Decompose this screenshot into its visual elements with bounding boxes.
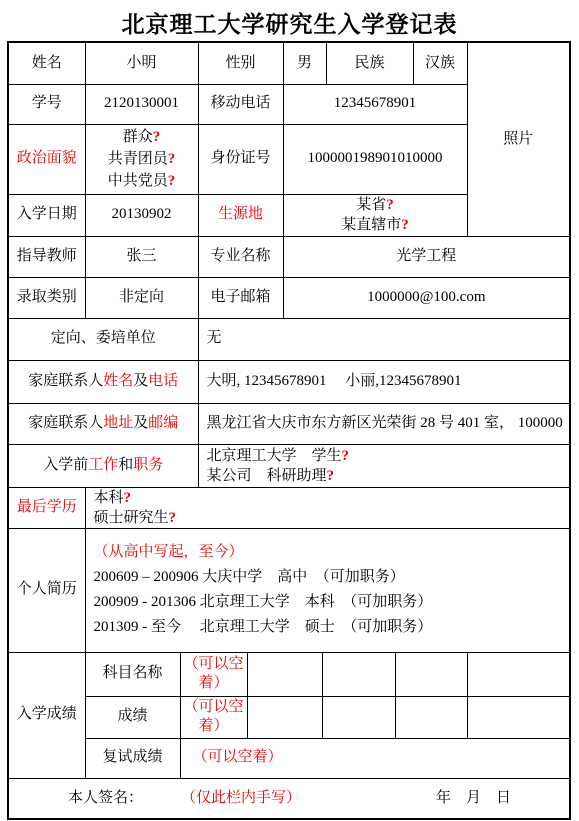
family-contact-name-label: 家庭联系人姓名及电话 bbox=[8, 360, 198, 403]
degree-option: 本科? bbox=[94, 488, 570, 508]
row-admission-type: 录取类别 非定向 电子邮箱 1000000@100.com bbox=[8, 277, 570, 318]
signature-label: 本人签名： bbox=[68, 789, 143, 809]
row-resume: 个人简历 （从高中写起，至今） 200609 – 200906 大庆中学 高中 … bbox=[8, 528, 570, 652]
family-contact-name-value: 大明, 12345678901 小丽,12345678901 bbox=[198, 360, 570, 403]
enroll-date-value: 20130902 bbox=[85, 194, 198, 236]
gender-label: 性别 bbox=[198, 42, 283, 84]
score-hint: （可以空着） bbox=[180, 696, 247, 738]
resume-hint: （从高中写起，至今） bbox=[94, 540, 570, 565]
registration-table: 姓名 小明 性别 男 民族 汉族 照片 学号 2120130001 移动电话 1… bbox=[7, 41, 571, 820]
last-degree-label: 最后学历 bbox=[8, 487, 85, 528]
political-option: 共青团员? bbox=[86, 148, 198, 170]
question-mark: ? bbox=[401, 217, 409, 233]
subject-empty-cell-3 bbox=[395, 652, 467, 696]
question-mark: ? bbox=[169, 510, 177, 526]
student-id-value: 2120130001 bbox=[85, 84, 198, 124]
question-mark: ? bbox=[386, 197, 394, 213]
major-value: 光学工程 bbox=[283, 236, 570, 277]
subject-empty-cell-2 bbox=[322, 652, 395, 696]
resume-line: 201309 - 至今 北京理工大学 硕士 （可加职务） bbox=[94, 615, 570, 640]
email-value: 1000000@100.com bbox=[283, 277, 570, 318]
admission-scores-label: 入学成绩 bbox=[8, 652, 85, 778]
ethnic-value: 汉族 bbox=[413, 42, 467, 84]
advisor-label: 指导教师 bbox=[8, 236, 85, 277]
row-sponsor-unit: 定向、委培单位 无 bbox=[8, 318, 570, 360]
photo-cell: 照片 bbox=[467, 42, 570, 236]
sponsor-unit-label: 定向、委培单位 bbox=[8, 318, 198, 360]
row-name: 姓名 小明 性别 男 民族 汉族 照片 bbox=[8, 42, 570, 84]
subject-empty-cell-4 bbox=[467, 652, 570, 696]
major-label: 专业名称 bbox=[198, 236, 283, 277]
score-empty-cell-2 bbox=[322, 696, 395, 738]
question-mark: ? bbox=[153, 129, 161, 145]
origin-value: 某省? 某直辖市? bbox=[283, 194, 467, 236]
sponsor-unit-value: 无 bbox=[198, 318, 570, 360]
subject-hint: （可以空着） bbox=[180, 652, 247, 696]
row-last-degree: 最后学历 本科? 硕士研究生? bbox=[8, 487, 570, 528]
last-degree-value: 本科? 硕士研究生? bbox=[85, 487, 570, 528]
mobile-value: 12345678901 bbox=[283, 84, 467, 124]
resume-content: （从高中写起，至今） 200609 – 200906 大庆中学 高中 （可加职务… bbox=[85, 528, 570, 652]
work-line: 某公司 科研助理? bbox=[207, 466, 570, 486]
signature-date: 年 月 日 bbox=[436, 789, 511, 809]
score-empty-cell-4 bbox=[467, 696, 570, 738]
row-signature: 本人签名： （仅此栏内手写） 年 月 日 bbox=[8, 778, 570, 819]
score-empty-cell-3 bbox=[395, 696, 467, 738]
row-score-subjects: 入学成绩 科目名称 （可以空着） bbox=[8, 652, 570, 696]
degree-option: 硕士研究生? bbox=[94, 508, 570, 528]
advisor-value: 张三 bbox=[85, 236, 198, 277]
political-label: 政治面貌 bbox=[8, 124, 85, 194]
row-advisor: 指导教师 张三 专业名称 光学工程 bbox=[8, 236, 570, 277]
subject-empty-cell-1 bbox=[247, 652, 322, 696]
row-family-contact-name: 家庭联系人姓名及电话 大明, 12345678901 小丽,1234567890… bbox=[8, 360, 570, 403]
registration-form-page: 北京理工大学研究生入学登记表 姓名 小明 性别 男 民族 汉族 照片 学号 21… bbox=[0, 0, 579, 821]
family-contact-address-value: 黑龙江省大庆市东方新区光荣街 28 号 401 室， 100000 bbox=[198, 403, 570, 444]
political-option: 中共党员? bbox=[86, 170, 198, 192]
enroll-date-label: 入学日期 bbox=[8, 194, 85, 236]
mobile-label: 移动电话 bbox=[198, 84, 283, 124]
gender-value: 男 bbox=[283, 42, 326, 84]
row-family-contact-address: 家庭联系人地址及邮编 黑龙江省大庆市东方新区光荣街 28 号 401 室， 10… bbox=[8, 403, 570, 444]
retest-score-hint: （可以空着） bbox=[180, 738, 570, 778]
origin-option: 某省? bbox=[284, 195, 467, 215]
email-label: 电子邮箱 bbox=[198, 277, 283, 318]
admission-type-label: 录取类别 bbox=[8, 277, 85, 318]
question-mark: ? bbox=[342, 448, 350, 464]
score-label: 成绩 bbox=[85, 696, 180, 738]
subject-name-label: 科目名称 bbox=[85, 652, 180, 696]
id-number-label: 身份证号 bbox=[198, 124, 283, 194]
name-label: 姓名 bbox=[8, 42, 85, 84]
signature-cell: 本人签名： （仅此栏内手写） 年 月 日 bbox=[8, 778, 570, 819]
retest-score-label: 复试成绩 bbox=[85, 738, 180, 778]
political-options: 群众? 共青团员? 中共党员? bbox=[85, 124, 198, 194]
work-line: 北京理工大学 学生? bbox=[207, 446, 570, 466]
resume-line: 200909 - 201306 北京理工大学 本科 （可加职务） bbox=[94, 590, 570, 615]
origin-option: 某直辖市? bbox=[284, 215, 467, 235]
resume-line: 200609 – 200906 大庆中学 高中 （可加职务） bbox=[94, 565, 570, 590]
family-contact-address-label: 家庭联系人地址及邮编 bbox=[8, 403, 198, 444]
signature-hint: （仅此栏内手写） bbox=[181, 789, 301, 809]
question-mark: ? bbox=[168, 173, 176, 189]
student-id-label: 学号 bbox=[8, 84, 85, 124]
resume-label: 个人简历 bbox=[8, 528, 85, 652]
political-option: 群众? bbox=[86, 126, 198, 148]
admission-type-value: 非定向 bbox=[85, 277, 198, 318]
question-mark: ? bbox=[168, 151, 176, 167]
row-retest-score: 复试成绩 （可以空着） bbox=[8, 738, 570, 778]
origin-label: 生源地 bbox=[198, 194, 283, 236]
id-number-value: 100000198901010000 bbox=[283, 124, 467, 194]
form-title: 北京理工大学研究生入学登记表 bbox=[0, 6, 579, 39]
name-value: 小明 bbox=[85, 42, 198, 84]
score-empty-cell-1 bbox=[247, 696, 322, 738]
row-score-values: 成绩 （可以空着） bbox=[8, 696, 570, 738]
question-mark: ? bbox=[124, 490, 132, 506]
ethnic-label: 民族 bbox=[326, 42, 413, 84]
row-pre-enrollment-work: 入学前工作和职务 北京理工大学 学生? 某公司 科研助理? bbox=[8, 444, 570, 487]
pre-enrollment-work-label: 入学前工作和职务 bbox=[8, 444, 198, 487]
signature-line: 本人签名： （仅此栏内手写） 年 月 日 bbox=[9, 789, 569, 809]
question-mark: ? bbox=[327, 468, 335, 484]
pre-enrollment-work-value: 北京理工大学 学生? 某公司 科研助理? bbox=[198, 444, 570, 487]
